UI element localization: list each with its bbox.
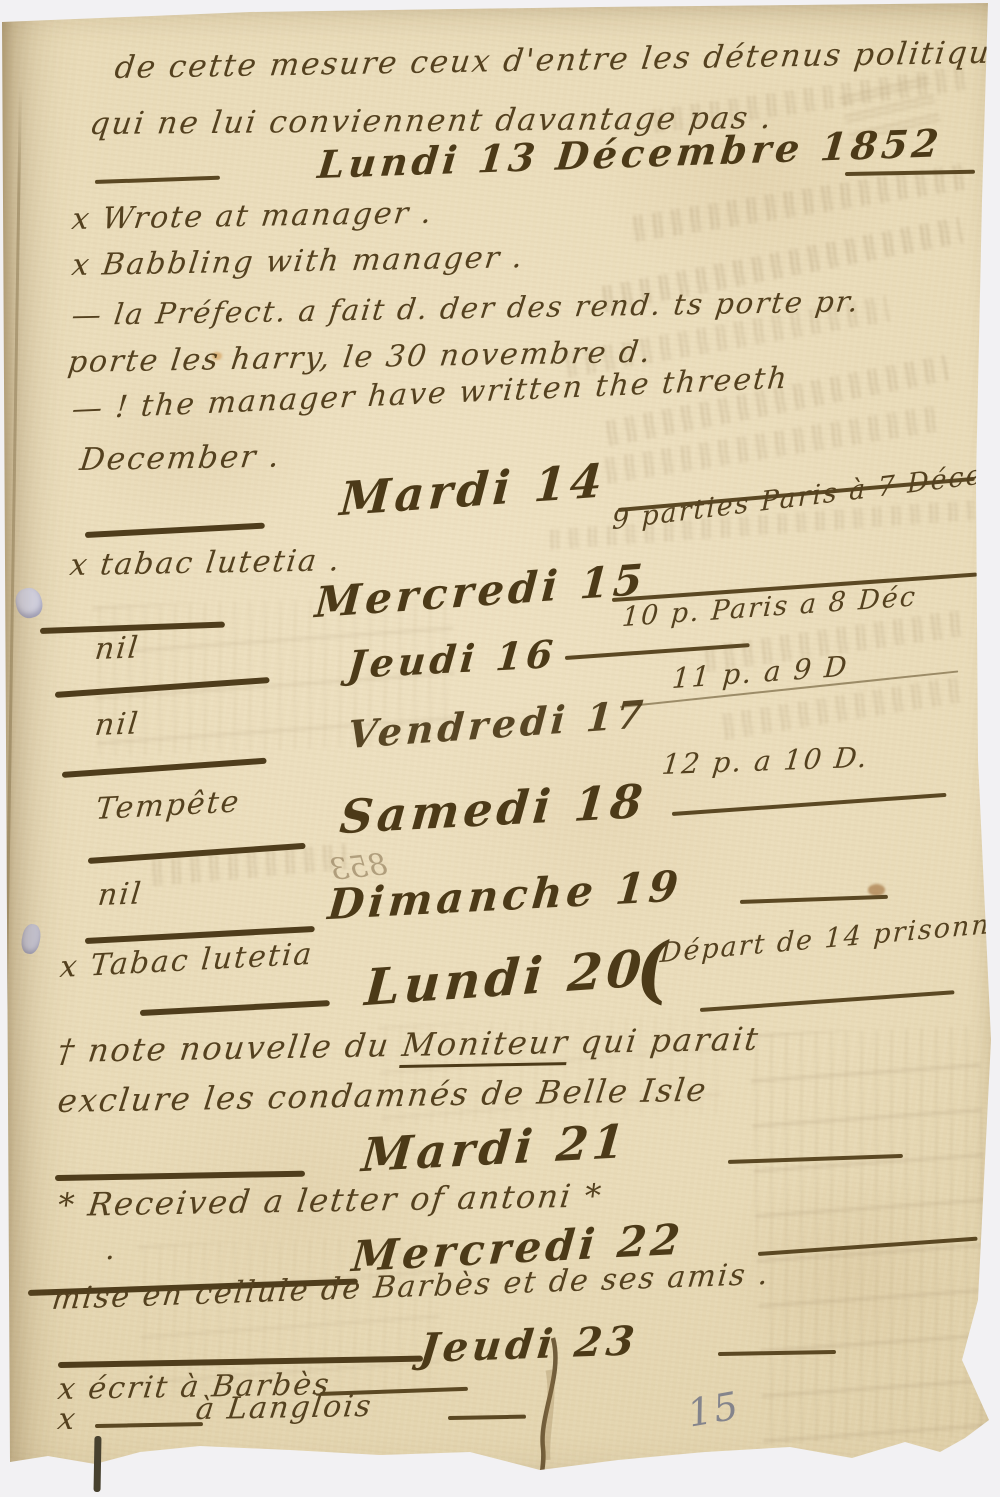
paper-sheet: 853 de cette mesure ceux d'e — [0, 0, 1000, 1497]
paper-edge-vignette — [0, 0, 1000, 1497]
scanned-diary-page: 853 de cette mesure ceux d'e — [0, 0, 1000, 1497]
binding-thread-bottom — [94, 1436, 102, 1492]
